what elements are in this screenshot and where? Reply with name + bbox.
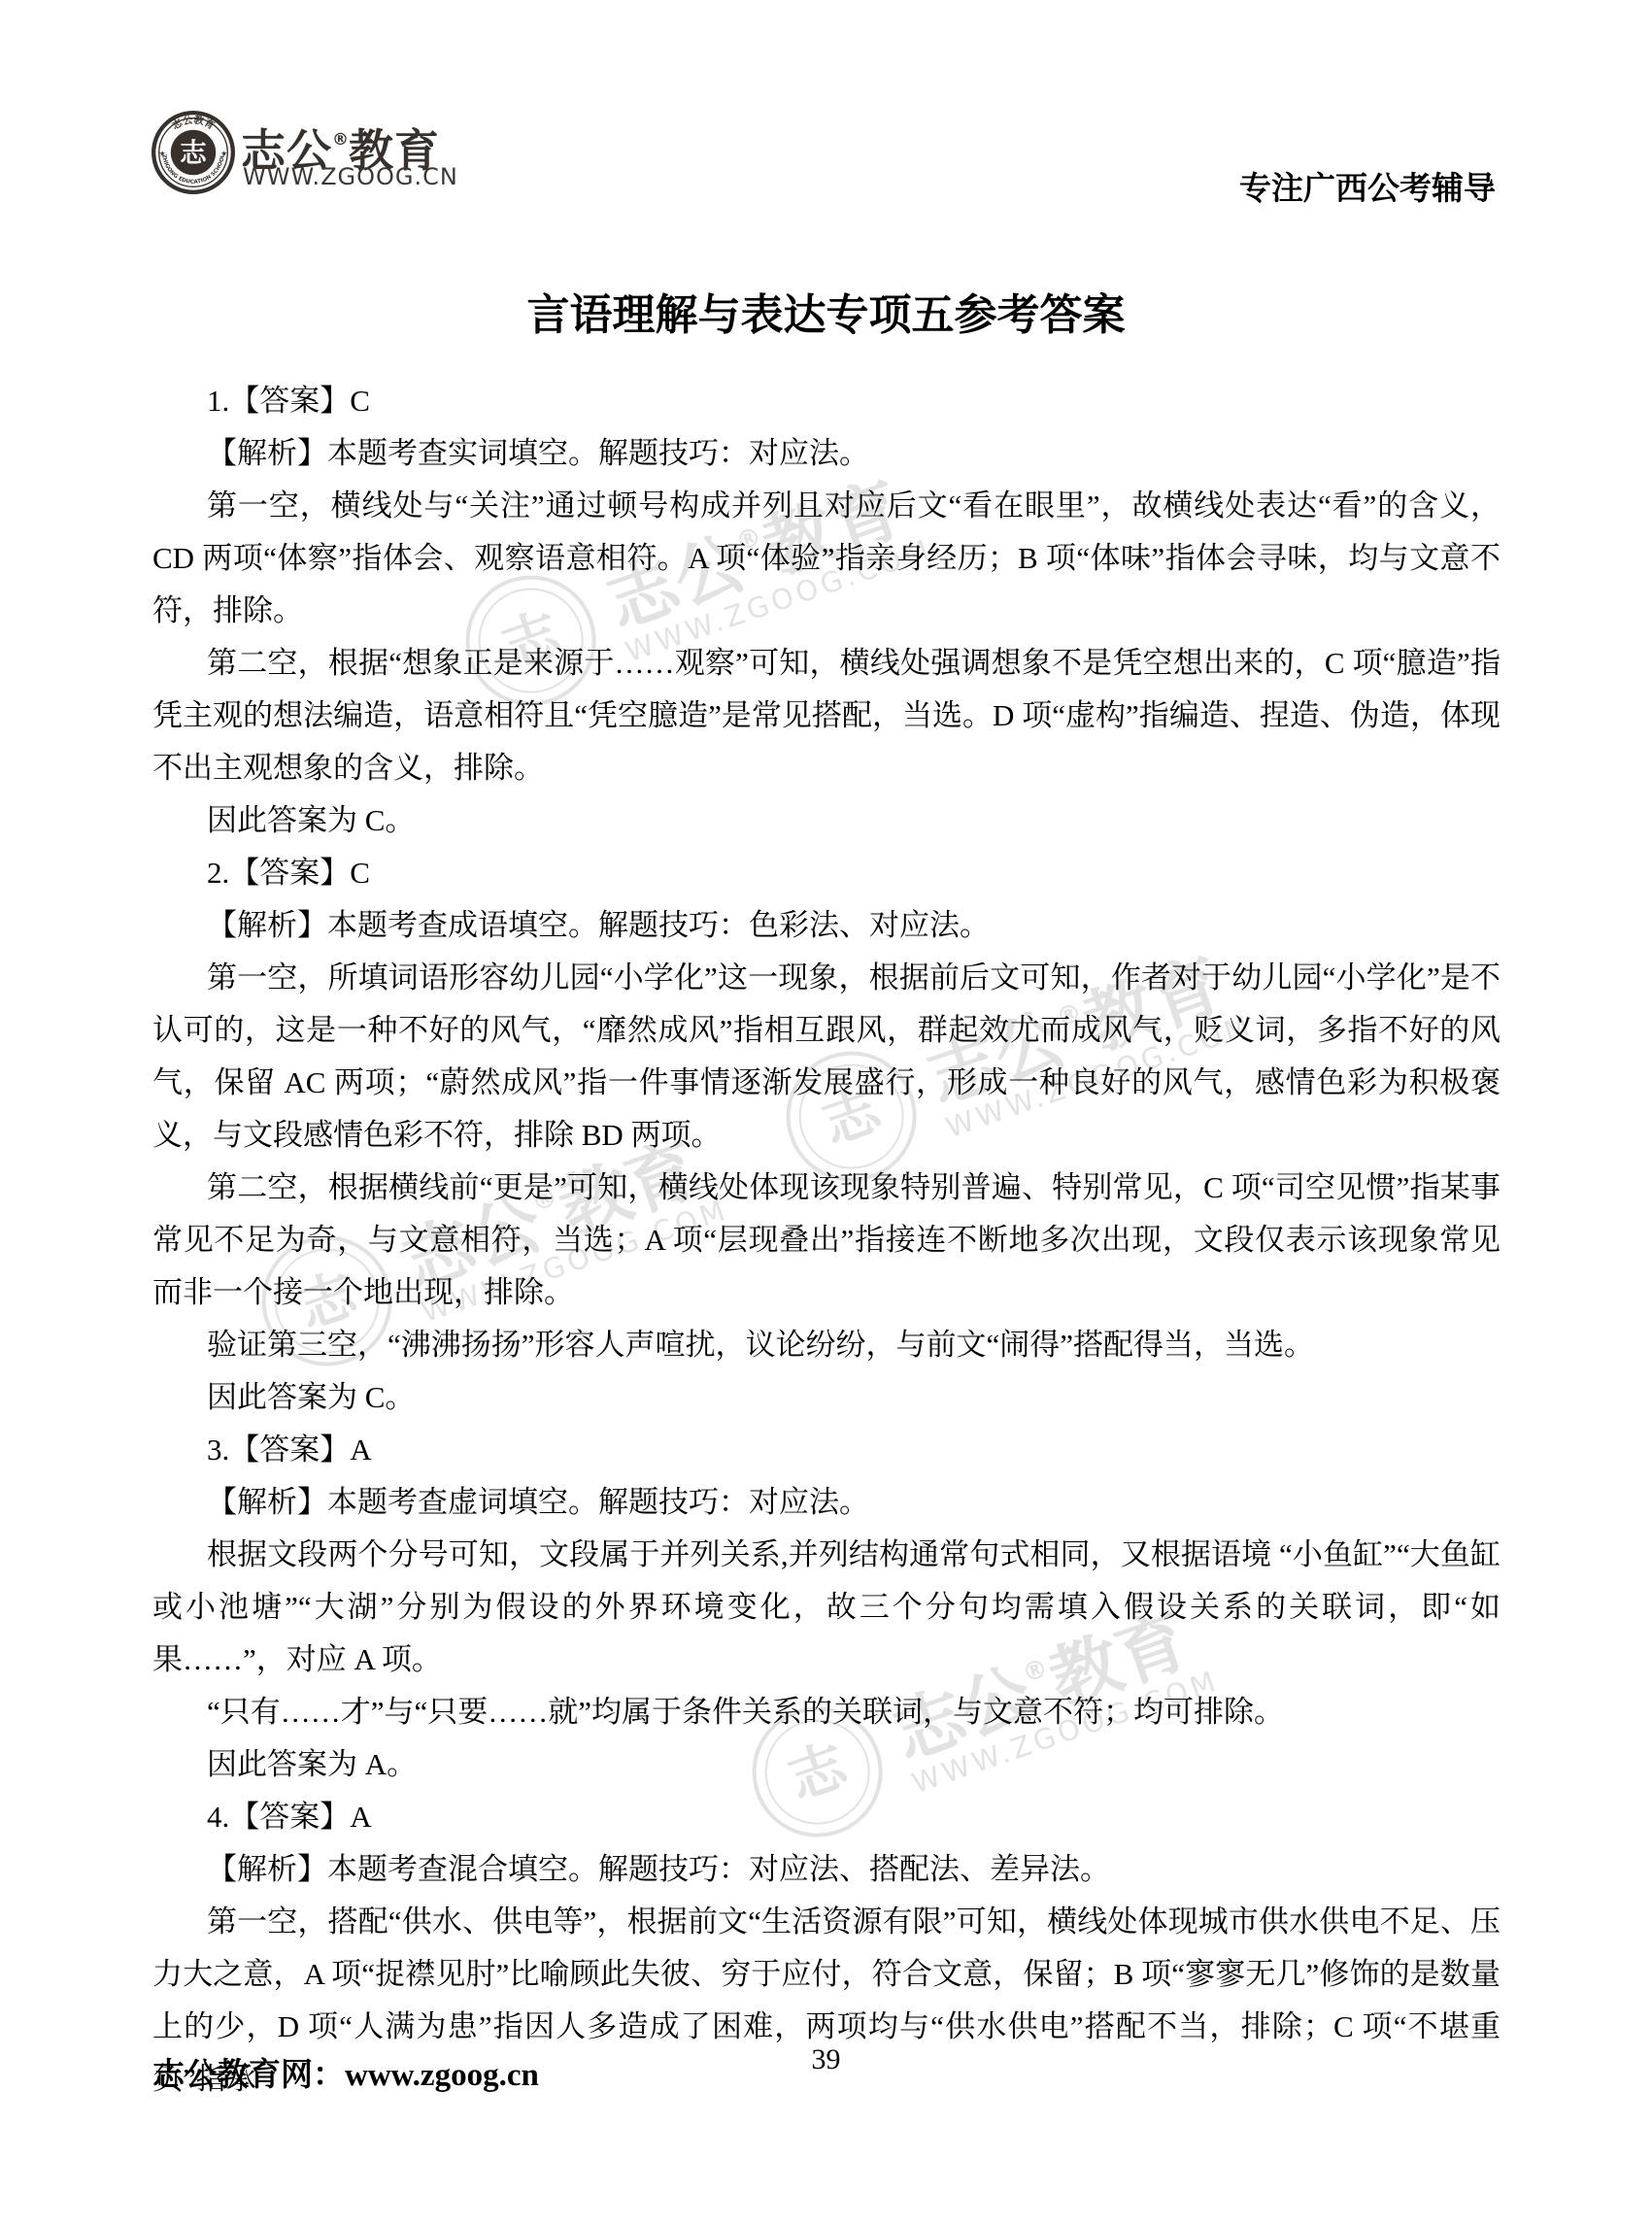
paragraph: “只有……才”与“只要……就”均属于条件关系的关联词，与文意不符；均可排除。 — [152, 1686, 1500, 1738]
paragraph: 【解析】本题考查混合填空。解题技巧：对应法、搭配法、差异法。 — [152, 1843, 1500, 1896]
page: 志 志公®教育 WWW.ZGOOG.COM 志 志公®教育 WWW.ZGOOG.… — [0, 0, 1652, 2225]
zhigong-seal-logo-icon: 志公教育 ZHIGONG EDUCATION SCHOOL ★ ★ 志 — [152, 111, 235, 194]
paragraph: 第一空，横线处与“关注”通过顿号构成并列且对应后文“看在眼里”，故横线处表达“看… — [152, 480, 1500, 637]
paragraph: 【解析】本题考查虚词填空。解题技巧：对应法。 — [152, 1476, 1500, 1529]
seal-star-left-icon: ★ — [159, 149, 166, 157]
paragraph: 3.【答案】A — [152, 1424, 1500, 1476]
paragraph: 因此答案为 C。 — [152, 1371, 1500, 1424]
paragraph: 1.【答案】C — [152, 375, 1500, 427]
paragraph: 4.【答案】A — [152, 1791, 1500, 1843]
paragraph: 因此答案为 C。 — [152, 794, 1500, 847]
paragraph: 第一空，所填词语形容幼儿园“小学化”这一现象，根据前后文可知，作者对于幼儿园“小… — [152, 952, 1500, 1162]
page-title: 言语理解与表达专项五参考答案 — [0, 280, 1652, 342]
paragraph: 第二空，根据横线前“更是”可知，横线处体现该现象特别普遍、特别常见，C 项“司空… — [152, 1162, 1500, 1319]
answer-body: 1.【答案】C【解析】本题考查实词填空。解题技巧：对应法。第一空，横线处与“关注… — [152, 375, 1500, 2106]
paragraph: 第二空，根据“想象正是来源于……观察”可知，横线处强调想象不是凭空想出来的，C … — [152, 637, 1500, 794]
paragraph: 因此答案为 A。 — [152, 1738, 1500, 1791]
paragraph: 【解析】本题考查成语填空。解题技巧：色彩法、对应法。 — [152, 899, 1500, 952]
page-number: 39 — [0, 2043, 1652, 2076]
paragraph: 【解析】本题考查实词填空。解题技巧：对应法。 — [152, 427, 1500, 480]
header-tagline: 专注广西公考辅导 — [1239, 163, 1496, 209]
seal-center-glyph: 志 — [180, 137, 207, 168]
registered-mark-icon: ® — [332, 130, 349, 150]
paragraph: 根据文段两个分号可知，文段属于并列关系,并列结构通常句式相同，又根据语境 “小鱼… — [152, 1529, 1500, 1686]
seal-star-right-icon: ★ — [220, 149, 227, 157]
brand-website: WWW.ZGOOG.CN — [243, 163, 458, 190]
paragraph: 验证第三空，“沸沸扬扬”形容人声喧扰，议论纷纷，与前文“闹得”搭配得当，当选。 — [152, 1319, 1500, 1371]
paragraph: 2.【答案】C — [152, 847, 1500, 899]
